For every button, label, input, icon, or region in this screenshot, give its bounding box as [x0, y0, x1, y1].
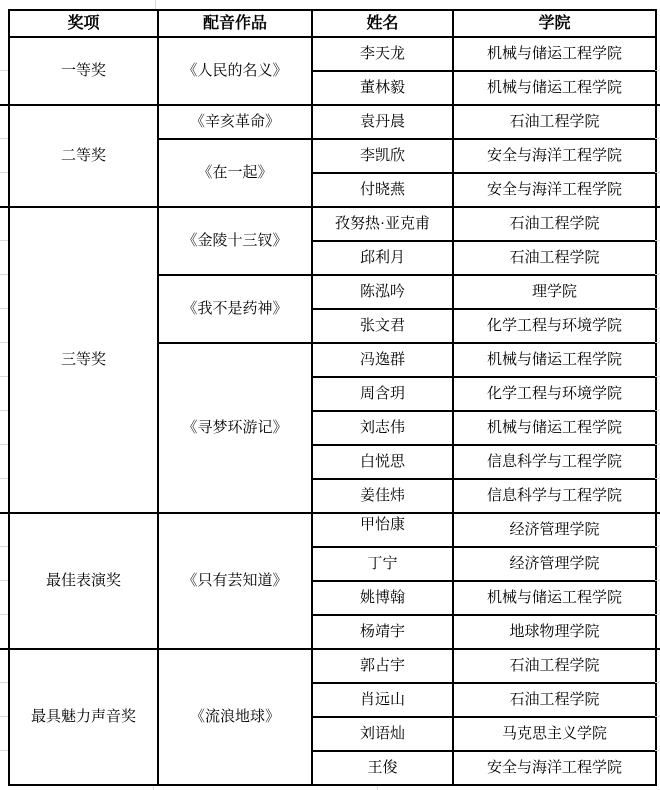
award-cell: 一等奖: [9, 37, 158, 105]
margin-gridline: [0, 716, 8, 717]
college-cell: 安全与海洋工程学院: [453, 173, 656, 207]
margin-gridline: [0, 104, 8, 106]
college-cell: 安全与海洋工程学院: [453, 139, 656, 173]
margin-gridline: [655, 750, 660, 751]
name-text: 杨靖宇: [360, 624, 405, 640]
name-text: 姚博翰: [360, 590, 405, 606]
margin-gridline: [0, 444, 8, 445]
college-cell: 机械与储运工程学院: [453, 343, 656, 377]
table-header: 奖项 配音作品 姓名 学院: [9, 10, 656, 37]
header-name: 姓名: [312, 10, 453, 37]
margin-gridline: [0, 614, 8, 615]
awards-table: 奖项 配音作品 姓名 学院 一等奖《人民的名义》李天龙机械与储运工程学院董林毅机…: [8, 9, 657, 786]
name-text: 周含玥: [360, 386, 405, 402]
name-text: 姜佳炜: [360, 488, 405, 504]
margin-gridline: [0, 648, 8, 650]
name-cell: 李天龙: [312, 37, 453, 71]
table-row: 二等奖《辛亥革命》袁丹晨石油工程学院: [9, 105, 656, 139]
name-text: 甲怡康: [360, 517, 405, 534]
college-cell: 理学院: [453, 275, 656, 309]
margin-gridline: [655, 342, 660, 343]
work-cell: 《在一起》: [158, 139, 312, 207]
name-cell: 甲怡康: [312, 513, 453, 547]
name-cell: 郭占宇: [312, 649, 453, 683]
margin-gridline: [0, 240, 8, 241]
margin-gridline: [655, 444, 660, 445]
margin-gridline: [0, 138, 8, 139]
name-text: 董林毅: [360, 80, 405, 96]
table-row: 最佳表演奖《只有芸知道》甲怡康经济管理学院: [9, 513, 656, 547]
name-cell: 张文君: [312, 309, 453, 343]
header-work: 配音作品: [158, 10, 312, 37]
college-cell: 经济管理学院: [453, 513, 656, 547]
name-cell: 陈泓吟: [312, 275, 453, 309]
name-cell: 丁宁: [312, 547, 453, 581]
name-text: 付晓燕: [360, 182, 405, 198]
margin-gridline: [655, 478, 660, 479]
margin-gridline: [655, 716, 660, 717]
margin-gridline: [0, 750, 8, 751]
name-cell: 刘语灿: [312, 717, 453, 751]
work-cell: 《我不是药神》: [158, 275, 312, 343]
margin-gridline: [0, 376, 8, 377]
header-college: 学院: [453, 10, 656, 37]
margin-gridline: [655, 138, 660, 139]
college-cell: 信息科学与工程学院: [453, 479, 656, 513]
name-cell: 刘志伟: [312, 411, 453, 445]
name-text: 邱利月: [360, 250, 405, 266]
name-text: 李凯欣: [360, 148, 405, 164]
name-cell: 孜努热·亚克甫: [312, 207, 453, 241]
spreadsheet-canvas: 奖项 配音作品 姓名 学院 一等奖《人民的名义》李天龙机械与储运工程学院董林毅机…: [0, 0, 660, 790]
name-text: 袁丹晨: [360, 114, 405, 130]
header-row: 奖项 配音作品 姓名 学院: [9, 10, 656, 37]
name-text: 张文君: [360, 318, 405, 334]
college-cell: 石油工程学院: [453, 683, 656, 717]
work-cell: 《人民的名义》: [158, 37, 312, 105]
award-cell: 三等奖: [9, 207, 158, 513]
work-cell: 《辛亥革命》: [158, 105, 312, 139]
margin-gridline: [655, 546, 660, 547]
margin-gridline: [155, 0, 156, 9]
margin-gridline: [655, 104, 660, 106]
margin-gridline: [0, 512, 8, 514]
name-cell: 董林毅: [312, 71, 453, 105]
table-row: 三等奖《金陵十三钗》孜努热·亚克甫石油工程学院: [9, 207, 656, 241]
name-text: 孜努热·亚克甫: [335, 216, 430, 232]
margin-gridline: [0, 172, 8, 173]
margin-gridline: [655, 580, 660, 581]
margin-gridline: [655, 614, 660, 615]
name-cell: 冯逸群: [312, 343, 453, 377]
college-cell: 化学工程与环境学院: [453, 309, 656, 343]
margin-gridline: [0, 478, 8, 479]
header-award: 奖项: [9, 10, 158, 37]
margin-gridline: [655, 410, 660, 411]
name-cell: 袁丹晨: [312, 105, 453, 139]
table-body: 一等奖《人民的名义》李天龙机械与储运工程学院董林毅机械与储运工程学院二等奖《辛亥…: [9, 37, 656, 785]
college-cell: 马克思主义学院: [453, 717, 656, 751]
name-cell: 王俊: [312, 751, 453, 785]
work-cell: 《流浪地球》: [158, 649, 312, 785]
name-text: 王俊: [367, 760, 397, 776]
name-text: 刘语灿: [360, 726, 405, 742]
margin-gridline: [0, 410, 8, 411]
margin-gridline: [655, 648, 660, 650]
name-cell: 姚博翰: [312, 581, 453, 615]
name-text: 郭占宇: [360, 658, 405, 674]
work-cell: 《只有芸知道》: [158, 513, 312, 649]
table-row: 一等奖《人民的名义》李天龙机械与储运工程学院: [9, 37, 656, 71]
name-cell: 邱利月: [312, 241, 453, 275]
college-cell: 机械与储运工程学院: [453, 581, 656, 615]
name-cell: 付晓燕: [312, 173, 453, 207]
name-cell: 白悦思: [312, 445, 453, 479]
award-cell: 最佳表演奖: [9, 513, 158, 649]
margin-gridline: [0, 70, 8, 71]
college-cell: 石油工程学院: [453, 207, 656, 241]
margin-gridline: [655, 274, 660, 275]
name-text: 肖远山: [360, 692, 405, 708]
college-cell: 石油工程学院: [453, 241, 656, 275]
name-cell: 周含玥: [312, 377, 453, 411]
award-cell: 二等奖: [9, 105, 158, 207]
name-text: 刘志伟: [360, 420, 405, 436]
college-cell: 化学工程与环境学院: [453, 377, 656, 411]
college-cell: 信息科学与工程学院: [453, 445, 656, 479]
name-text: 丁宁: [367, 556, 397, 572]
name-text: 李天龙: [360, 46, 405, 62]
name-cell: 姜佳炜: [312, 479, 453, 513]
margin-gridline: [655, 682, 660, 683]
margin-gridline: [0, 546, 8, 547]
award-cell: 最具魅力声音奖: [9, 649, 158, 785]
name-cell: 李凯欣: [312, 139, 453, 173]
college-cell: 机械与储运工程学院: [453, 411, 656, 445]
margin-gridline: [655, 512, 660, 514]
name-cell: 杨靖宇: [312, 615, 453, 649]
work-cell: 《金陵十三钗》: [158, 207, 312, 275]
margin-gridline: [655, 376, 660, 377]
college-cell: 经济管理学院: [453, 547, 656, 581]
margin-gridline: [655, 172, 660, 173]
name-text: 白悦思: [360, 454, 405, 470]
margin-gridline: [655, 308, 660, 309]
college-cell: 地球物理学院: [453, 615, 656, 649]
college-cell: 机械与储运工程学院: [453, 37, 656, 71]
margin-gridline: [0, 342, 8, 343]
margin-gridline: [0, 682, 8, 683]
work-cell: 《寻梦环游记》: [158, 343, 312, 513]
college-cell: 安全与海洋工程学院: [453, 751, 656, 785]
margin-gridline: [655, 240, 660, 241]
college-cell: 石油工程学院: [453, 649, 656, 683]
margin-gridline: [0, 308, 8, 309]
margin-gridline: [655, 206, 660, 208]
margin-gridline: [0, 274, 8, 275]
margin-gridline: [0, 580, 8, 581]
margin-gridline: [0, 206, 8, 208]
margin-gridline: [655, 70, 660, 71]
name-cell: 肖远山: [312, 683, 453, 717]
table-row: 最具魅力声音奖《流浪地球》郭占宇石油工程学院: [9, 649, 656, 683]
name-text: 冯逸群: [360, 352, 405, 368]
college-cell: 石油工程学院: [453, 105, 656, 139]
college-cell: 机械与储运工程学院: [453, 71, 656, 105]
name-text: 陈泓吟: [360, 284, 405, 300]
